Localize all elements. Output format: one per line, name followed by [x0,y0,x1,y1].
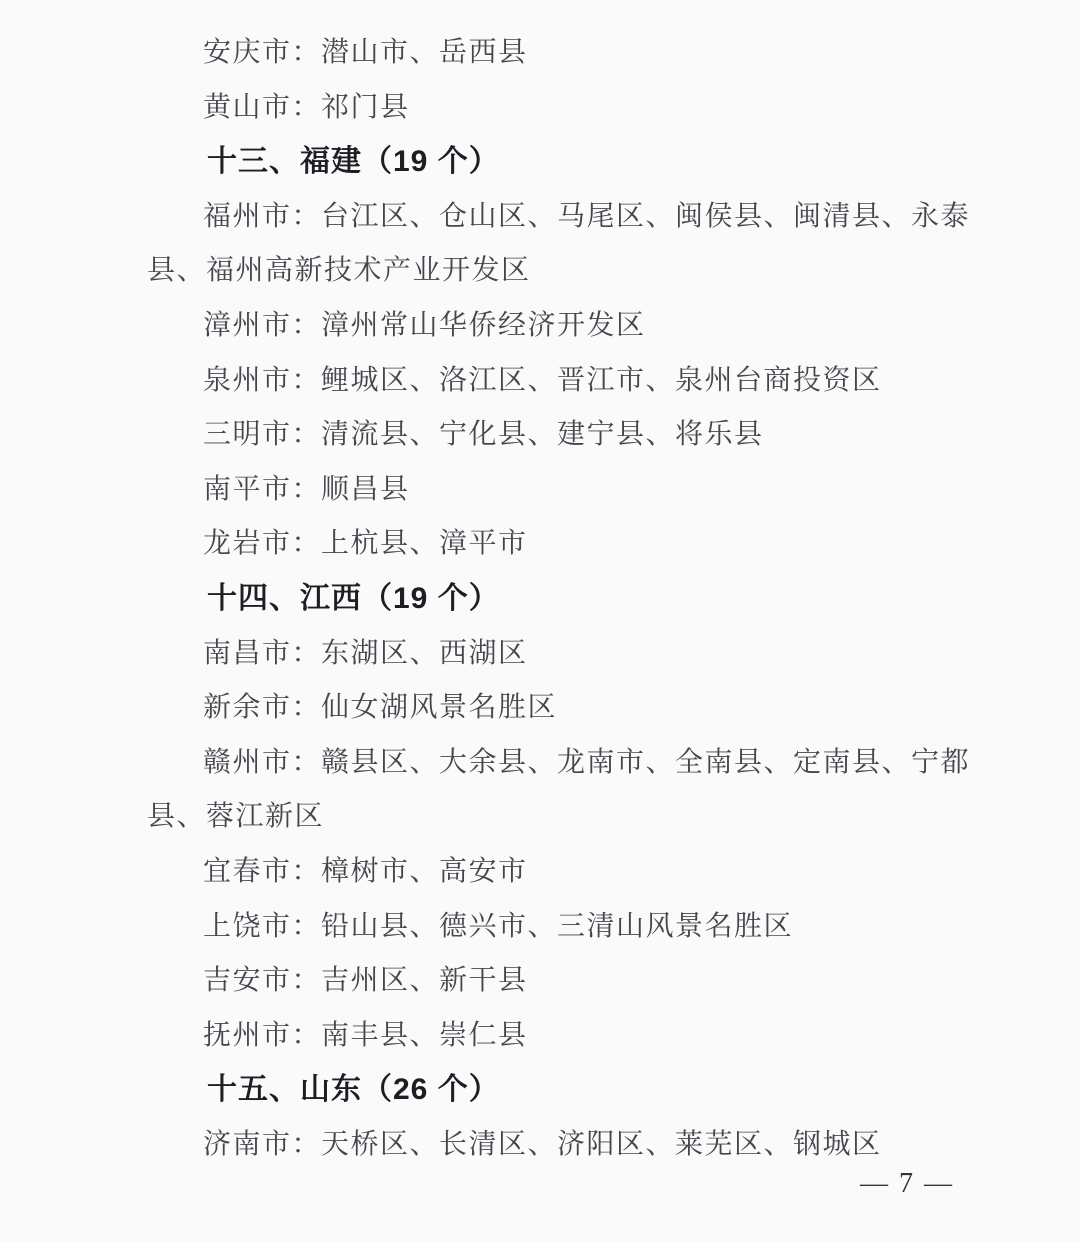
text-line: 漳州市：漳州常山华侨经济开发区 [147,299,967,354]
page-number: — 7 — [860,1168,954,1199]
section-heading: 十五、山东（26 个） [147,1063,967,1118]
text-line: 南昌市：东湖区、西湖区 [147,627,967,682]
text-line: 福州市：台江区、仓山区、马尾区、闽侯县、闽清县、永泰 [147,190,967,245]
page-footer: — 7 — [860,1168,954,1200]
text-line: 新余市：仙女湖风景名胜区 [147,681,967,736]
text-line: 三明市：清流县、宁化县、建宁县、将乐县 [147,408,967,463]
document-page: 安庆市：潜山市、岳西县黄山市：祁门县十三、福建（19 个）福州市：台江区、仓山区… [0,0,1080,1241]
text-line: 黄山市：祁门县 [147,81,967,136]
text-line: 抚州市：南丰县、崇仁县 [147,1009,967,1064]
text-line: 泉州市：鲤城区、洛江区、晋江市、泉州台商投资区 [147,354,967,409]
section-heading: 十四、江西（19 个） [147,572,967,627]
section-heading: 十三、福建（19 个） [147,135,967,190]
text-line: 上饶市：铅山县、德兴市、三清山风景名胜区 [147,900,967,955]
text-line: 赣州市：赣县区、大余县、龙南市、全南县、定南县、宁都 [147,736,967,791]
text-line: 宜春市：樟树市、高安市 [147,845,967,900]
text-line: 济南市：天桥区、长清区、济阳区、莱芜区、钢城区 [147,1118,967,1173]
text-line: 南平市：顺昌县 [147,463,967,518]
text-line: 吉安市：吉州区、新干县 [147,954,967,1009]
text-line: 县、福州高新技术产业开发区 [147,244,967,299]
text-line: 县、蓉江新区 [147,790,967,845]
text-line: 龙岩市：上杭县、漳平市 [147,517,967,572]
document-body: 安庆市：潜山市、岳西县黄山市：祁门县十三、福建（19 个）福州市：台江区、仓山区… [147,26,967,1172]
text-line: 安庆市：潜山市、岳西县 [147,26,967,81]
